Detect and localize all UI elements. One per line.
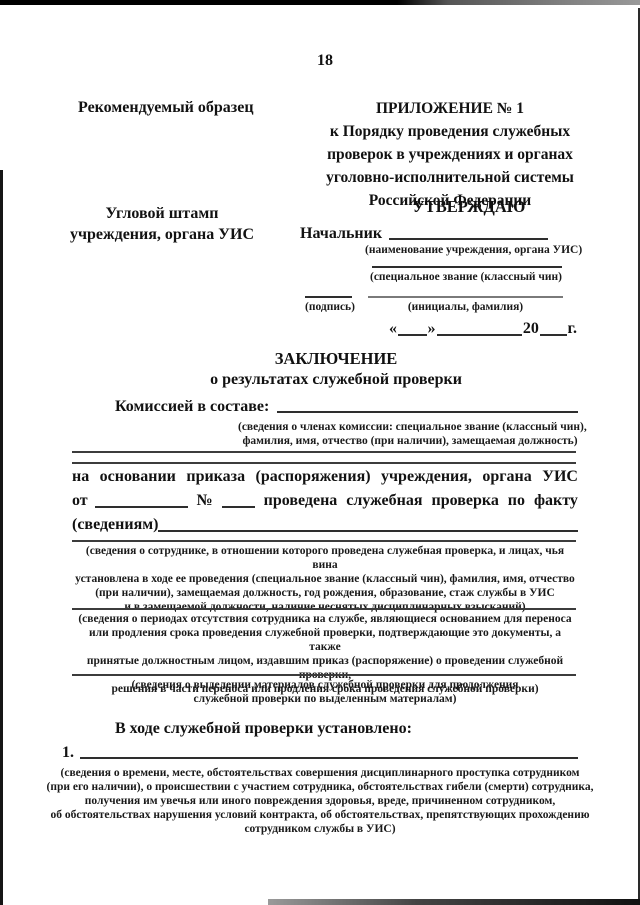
- year-field: [540, 334, 567, 336]
- caption-line: сотрудником службы в УИС): [40, 822, 600, 836]
- spacer: [352, 296, 368, 298]
- scan-artifact-bottom-edge: [268, 899, 640, 905]
- findings-heading: В ходе служебной проверки установлено:: [115, 720, 412, 738]
- scanned-document-page: 18 Рекомендуемый образец ПРИЛОЖЕНИЕ № 1 …: [0, 0, 640, 905]
- word: проверка: [431, 492, 498, 510]
- caption-line: установлена в ходе ее проведения (специа…: [72, 572, 578, 586]
- close-quote: »: [427, 320, 437, 338]
- findings-caption: (сведения о времени, месте, обстоятельст…: [40, 766, 600, 836]
- blank-writing-line: [72, 608, 576, 610]
- caption-line: (при наличии), замещаемая должность, год…: [72, 586, 578, 600]
- caption-line: или продления срока проведения служебной…: [72, 626, 578, 654]
- order-date-field: [95, 506, 188, 508]
- commission-caption-line: (сведения о членах комиссии: специальное…: [238, 420, 582, 434]
- employee-info-caption: (сведения о сотруднике, в отношении кото…: [72, 544, 578, 614]
- chief-row: Начальник: [300, 222, 578, 243]
- word: служебная: [346, 492, 422, 510]
- caption-line: (сведения о периодах отсутствия сотрудни…: [72, 612, 578, 626]
- blank-writing-line: [72, 540, 576, 542]
- word: по: [508, 492, 525, 510]
- details-label: (сведениям): [72, 516, 158, 534]
- item-number: 1.: [62, 744, 74, 762]
- rank-field: [372, 266, 562, 268]
- order-date-group: от: [72, 492, 188, 510]
- appendix-line: ПРИЛОЖЕНИЕ № 1: [326, 97, 574, 120]
- caption-line: об обстоятельствах нарушения условий кон…: [40, 808, 600, 822]
- signature-field: [305, 296, 352, 298]
- signature-row: [305, 296, 578, 298]
- signature-captions: (подпись) (инициалы, фамилия): [305, 300, 578, 314]
- page-number: 18: [72, 52, 578, 70]
- sample-type-label: Рекомендуемый образец: [78, 99, 254, 117]
- rank-caption: (специальное звание (классный чин): [366, 270, 566, 284]
- scan-artifact-top-edge: [0, 0, 640, 5]
- commission-row: Комиссией в составе:: [72, 398, 578, 416]
- findings-field: [80, 757, 578, 759]
- word: УИС: [542, 468, 578, 486]
- year-suffix: г.: [567, 320, 578, 338]
- basis-paragraph: на основании приказа (распоряжения) учре…: [72, 462, 578, 534]
- approval-date-row: « » 20 г.: [388, 319, 578, 338]
- initials-surname-caption: (инициалы, фамилия): [368, 300, 563, 314]
- org-name-field: [389, 238, 548, 240]
- scan-artifact-left-edge: [0, 170, 3, 905]
- word: органа: [482, 468, 531, 486]
- title-subtitle: о результатах служебной проверки: [210, 369, 462, 391]
- word: на: [72, 468, 89, 486]
- basis-line-3: (сведениям): [72, 510, 578, 534]
- appendix-line: к Порядку проведения служебных: [326, 120, 574, 143]
- word: учреждения,: [381, 468, 472, 486]
- caption-line: (при его наличии), о происшествии с учас…: [40, 780, 600, 794]
- appendix-line: уголовно-исполнительной системы: [326, 166, 574, 189]
- title-main: ЗАКЛЮЧЕНИЕ: [210, 348, 462, 369]
- caption-line: служебной проверки по выделенным материа…: [72, 692, 578, 706]
- caption-line: (сведения о времени, месте, обстоятельст…: [40, 766, 600, 780]
- caption-line: получения им увечья или иного повреждени…: [40, 794, 600, 808]
- materials-caption: (сведения о выделении материалов служебн…: [72, 678, 578, 706]
- chief-position-label: Начальник: [300, 225, 382, 243]
- commission-members-field: [277, 411, 578, 413]
- word: приказа: [186, 468, 245, 486]
- month-field: [437, 334, 522, 336]
- approval-title: УТВЕРЖДАЮ: [300, 197, 578, 217]
- from-label: от: [72, 492, 88, 510]
- fact-details-field: [158, 530, 578, 532]
- blank-writing-line: [72, 451, 576, 453]
- approval-block: УТВЕРЖДАЮ Начальник (наименование учрежд…: [300, 197, 578, 338]
- signature-caption: (подпись): [305, 300, 352, 314]
- commission-caption-line: фамилия, имя, отчество (при наличии), за…: [238, 434, 582, 448]
- org-name-caption: (наименование учреждения, органа УИС): [365, 243, 563, 257]
- findings-item-row: 1.: [62, 742, 578, 762]
- corner-stamp-line: учреждения, органа УИС: [70, 224, 254, 245]
- word: основании: [100, 468, 176, 486]
- basis-line-2: от № проведена служебная проверка по фак…: [72, 486, 578, 510]
- word: проведена: [264, 492, 338, 510]
- year-prefix: 20: [522, 320, 540, 338]
- commission-caption: (сведения о членах комиссии: специальное…: [238, 420, 582, 448]
- number-sign: №: [197, 492, 213, 510]
- blank-writing-line: [72, 674, 576, 676]
- word: факту: [534, 492, 578, 510]
- caption-line: (сведения о выделении материалов служебн…: [72, 678, 578, 692]
- initials-surname-field: [368, 296, 563, 298]
- word: (распоряжения): [256, 468, 371, 486]
- order-number-field: [222, 506, 255, 508]
- open-quote: «: [388, 320, 398, 338]
- corner-stamp-note: Угловой штамп учреждения, органа УИС: [70, 203, 254, 245]
- document-title: ЗАКЛЮЧЕНИЕ о результатах служебной прове…: [210, 348, 462, 391]
- appendix-line: проверок в учреждениях и органах: [326, 143, 574, 166]
- commission-label: Комиссией в составе:: [72, 398, 269, 416]
- appendix-reference: ПРИЛОЖЕНИЕ № 1 к Порядку проведения служ…: [326, 97, 574, 212]
- caption-line: (сведения о сотруднике, в отношении кото…: [72, 544, 578, 572]
- basis-line-1: на основании приказа (распоряжения) учре…: [72, 462, 578, 486]
- day-field: [398, 334, 427, 336]
- spacer: [352, 300, 368, 314]
- corner-stamp-line: Угловой штамп: [70, 203, 254, 224]
